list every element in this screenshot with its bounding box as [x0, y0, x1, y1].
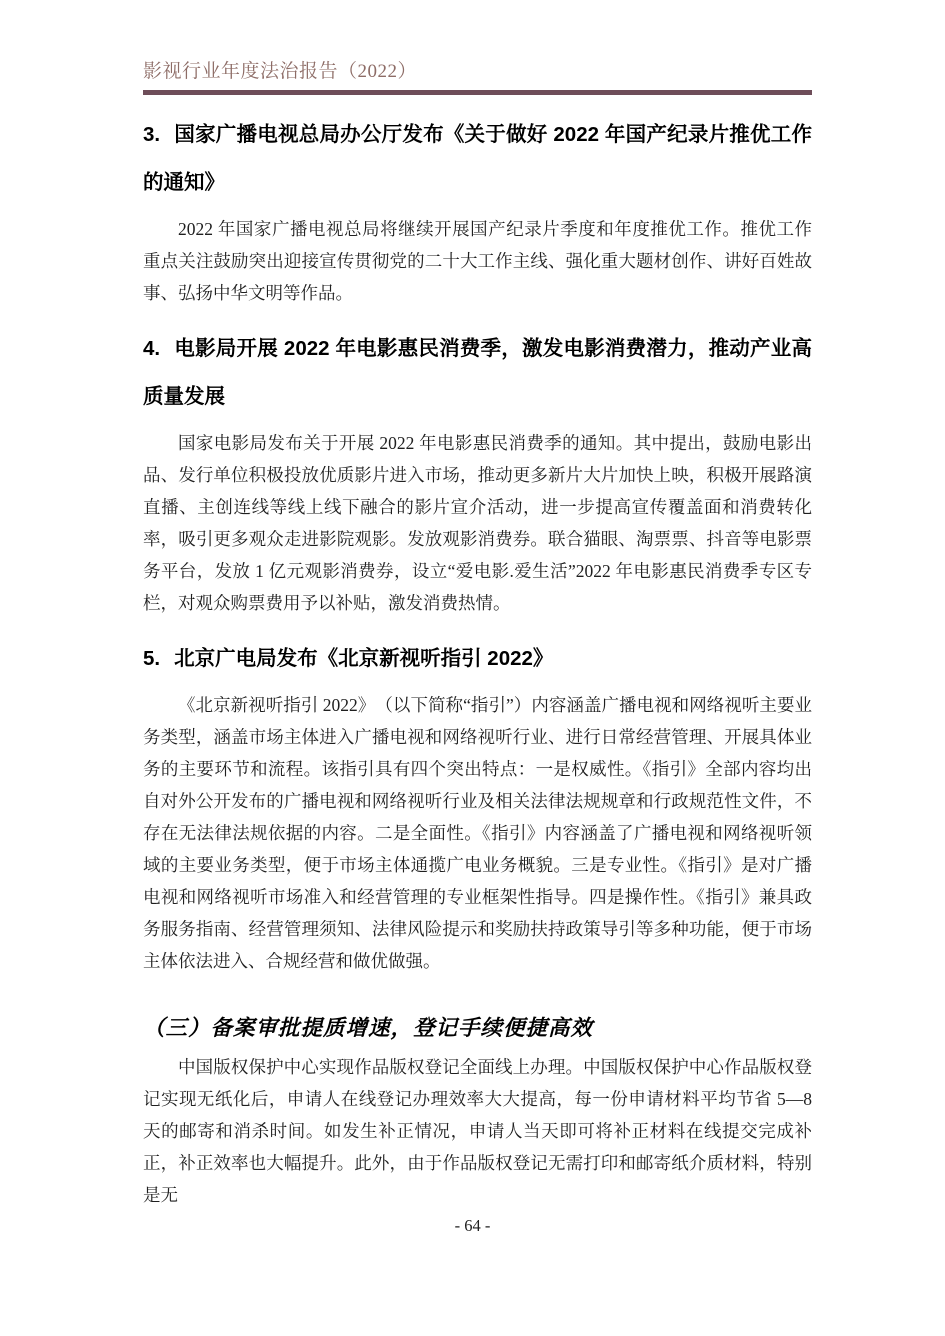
subsection-three: （三）备案审批提质增速，登记手续便捷高效 中国版权保护中心实现作品版权登记全面线…: [143, 1011, 812, 1211]
section-4: 4.电影局开展 2022 年电影惠民消费季，激发电影消费潜力，推动产业高质量发展…: [143, 325, 812, 619]
section-3-heading: 3.国家广播电视总局办公厅发布《关于做好 2022 年国产纪录片推优工作的通知》: [143, 111, 812, 207]
section-5-title: 北京广电局发布《北京新视听指引 2022》: [174, 647, 553, 670]
running-header-title: 影视行业年度法治报告（2022）: [143, 0, 812, 85]
section-4-heading: 4.电影局开展 2022 年电影惠民消费季，激发电影消费潜力，推动产业高质量发展: [143, 325, 812, 421]
section-4-paragraph: 国家电影局发布关于开展 2022 年电影惠民消费季的通知。其中提出，鼓励电影出品…: [143, 427, 812, 619]
section-3-title: 国家广播电视总局办公厅发布《关于做好 2022 年国产纪录片推优工作的通知》: [143, 123, 812, 194]
section-3: 3.国家广播电视总局办公厅发布《关于做好 2022 年国产纪录片推优工作的通知》…: [143, 111, 812, 309]
header-rule: [143, 90, 812, 95]
section-5: 5.北京广电局发布《北京新视听指引 2022》 《北京新视听指引 2022》 （…: [143, 635, 812, 977]
section-5-heading: 5.北京广电局发布《北京新视听指引 2022》: [143, 635, 812, 683]
section-3-number: 3.: [143, 123, 160, 146]
page-header: 影视行业年度法治报告（2022）: [143, 0, 812, 95]
section-4-number: 4.: [143, 337, 160, 360]
section-5-number: 5.: [143, 647, 160, 670]
section-4-title: 电影局开展 2022 年电影惠民消费季，激发电影消费潜力，推动产业高质量发展: [143, 337, 812, 408]
section-5-paragraph: 《北京新视听指引 2022》 （以下简称“指引”）内容涵盖广播电视和网络视听主要…: [143, 689, 812, 977]
subsection-three-paragraph: 中国版权保护中心实现作品版权登记全面线上办理。中国版权保护中心作品版权登记实现无…: [143, 1051, 812, 1211]
subsection-three-heading: （三）备案审批提质增速，登记手续便捷高效: [143, 1011, 812, 1045]
section-3-paragraph: 2022 年国家广播电视总局将继续开展国产纪录片季度和年度推优工作。推优工作重点…: [143, 213, 812, 309]
page-number: - 64 -: [0, 1216, 945, 1236]
page-content: 影视行业年度法治报告（2022） 3.国家广播电视总局办公厅发布《关于做好 20…: [143, 0, 812, 1211]
document-page: 影视行业年度法治报告（2022） 3.国家广播电视总局办公厅发布《关于做好 20…: [0, 0, 945, 1336]
